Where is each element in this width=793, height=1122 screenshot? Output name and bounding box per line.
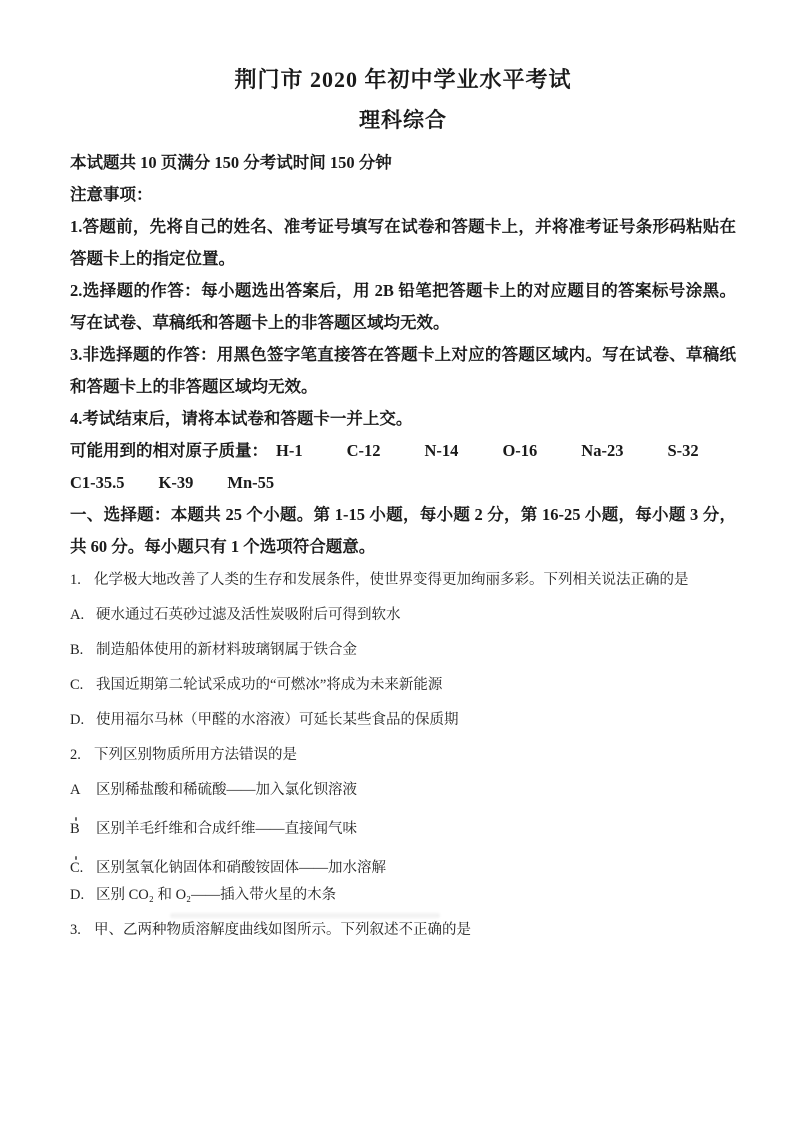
question-1-option-a: A. 硬水通过石英砂过滤及活性炭吸附后可得到软水 bbox=[70, 598, 736, 633]
atomic-mass-c: C-12 bbox=[347, 435, 381, 467]
atomic-masses-line-1: 可能用到的相对原子质量： H-1 C-12 N-14 O-16 Na-23 S-… bbox=[70, 435, 736, 467]
option-text: 制造船体使用的新材料玻璃钢属于铁合金 bbox=[96, 633, 736, 668]
option-text: 区别羊毛纤维和合成纤维——直接闻气味 bbox=[96, 812, 736, 847]
notice-item-4: 4.考试结束后，请将本试卷和答题卡一并上交。 bbox=[70, 403, 736, 435]
question-stem-text: 下列区别物质所用方法错误的是 bbox=[94, 738, 736, 773]
meta-line: 本试题共 10 页满分 150 分考试时间 150 分钟 bbox=[70, 147, 736, 179]
question-1-option-b: B. 制造船体使用的新材料玻璃钢属于铁合金 bbox=[70, 633, 736, 668]
notice-item-1: 1.答题前，先将自己的姓名、准考证号填写在试卷和答题卡上，并将准考证号条形码粘贴… bbox=[70, 211, 736, 275]
page-title: 荆门市 2020 年初中学业水平考试 bbox=[70, 66, 736, 94]
option-label: D. bbox=[70, 703, 96, 738]
notice-heading: 注意事项： bbox=[70, 179, 736, 211]
question-2-option-a: A 区别稀盐酸和稀硫酸——加入氯化钡溶液 bbox=[70, 773, 736, 808]
exam-instructions-block: 本试题共 10 页满分 150 分考试时间 150 分钟 注意事项： 1.答题前… bbox=[70, 147, 736, 563]
option-text: 使用福尔马林（甲醛的水溶液）可延长某些食品的保质期 bbox=[96, 703, 736, 738]
exam-paper-page: 荆门市 2020 年初中学业水平考试 理科综合 本试题共 10 页满分 150 … bbox=[0, 0, 793, 1122]
question-1-stem: 1. 化学极大地改善了人类的生存和发展条件，使世界变得更加绚丽多彩。下列相关说法… bbox=[70, 563, 736, 598]
questions-block: 1. 化学极大地改善了人类的生存和发展条件，使世界变得更加绚丽多彩。下列相关说法… bbox=[70, 563, 736, 948]
question-stem-text: 甲、乙两种物质溶解度曲线如图所示。下列叙述不正确的是 bbox=[94, 913, 736, 948]
option-label: C. bbox=[70, 668, 96, 703]
question-2-option-d: D. 区别 CO₂ 和 O₂——插入带火星的木条 bbox=[70, 878, 736, 913]
question-1: 1. 化学极大地改善了人类的生存和发展条件，使世界变得更加绚丽多彩。下列相关说法… bbox=[70, 563, 736, 738]
question-2-option-b: B 区别羊毛纤维和合成纤维——直接闻气味 bbox=[70, 812, 736, 847]
question-number: 2. bbox=[70, 738, 94, 773]
atomic-mass-mn: Mn-55 bbox=[227, 467, 274, 499]
question-3-stem: 3. 甲、乙两种物质溶解度曲线如图所示。下列叙述不正确的是 bbox=[70, 913, 736, 948]
option-label: D. bbox=[70, 878, 96, 913]
question-2: 2. 下列区别物质所用方法错误的是 A 区别稀盐酸和稀硫酸——加入氯化钡溶液 B… bbox=[70, 738, 736, 913]
option-text: 区别 CO₂ 和 O₂——插入带火星的木条 bbox=[96, 878, 736, 913]
question-stem-text: 化学极大地改善了人类的生存和发展条件，使世界变得更加绚丽多彩。下列相关说法正确的… bbox=[94, 563, 736, 598]
atomic-mass-h: H-1 bbox=[276, 435, 303, 467]
question-number: 3. bbox=[70, 913, 94, 948]
option-text: 我国近期第二轮试采成功的“可燃冰”将成为未来新能源 bbox=[96, 668, 736, 703]
atomic-mass-s: S-32 bbox=[667, 435, 698, 467]
option-text: 硬水通过石英砂过滤及活性炭吸附后可得到软水 bbox=[96, 598, 736, 633]
notice-item-3: 3.非选择题的作答：用黑色签字笔直接答在答题卡上对应的答题区域内。写在试卷、草稿… bbox=[70, 339, 736, 403]
question-number: 1. bbox=[70, 563, 94, 598]
page-subtitle: 理科综合 bbox=[70, 107, 736, 133]
atomic-masses-label: 可能用到的相对原子质量： bbox=[70, 435, 268, 467]
scan-smudge-artifact bbox=[170, 913, 440, 918]
option-label: B. bbox=[70, 633, 96, 668]
atomic-masses-line-2: C1-35.5 K-39 Mn-55 bbox=[70, 467, 736, 499]
option-text: 区别稀盐酸和稀硫酸——加入氯化钡溶液 bbox=[96, 773, 736, 808]
notice-item-2: 2.选择题的作答：每小题选出答案后，用 2B 铅笔把答题卡上的对应题目的答案标号… bbox=[70, 275, 736, 339]
question-3: 3. 甲、乙两种物质溶解度曲线如图所示。下列叙述不正确的是 bbox=[70, 913, 736, 948]
atomic-mass-k: K-39 bbox=[159, 467, 194, 499]
section-heading: 一、选择题：本题共 25 个小题。第 1-15 小题，每小题 2 分，第 16-… bbox=[70, 499, 736, 563]
atomic-mass-na: Na-23 bbox=[581, 435, 623, 467]
atomic-mass-n: N-14 bbox=[425, 435, 459, 467]
question-1-option-d: D. 使用福尔马林（甲醛的水溶液）可延长某些食品的保质期 bbox=[70, 703, 736, 738]
atomic-mass-cl: C1-35.5 bbox=[70, 467, 125, 499]
question-1-option-c: C. 我国近期第二轮试采成功的“可燃冰”将成为未来新能源 bbox=[70, 668, 736, 703]
atomic-mass-o: O-16 bbox=[502, 435, 537, 467]
option-label: A bbox=[70, 773, 96, 808]
option-label: A. bbox=[70, 598, 96, 633]
option-label: B bbox=[70, 812, 96, 847]
question-2-stem: 2. 下列区别物质所用方法错误的是 bbox=[70, 738, 736, 773]
